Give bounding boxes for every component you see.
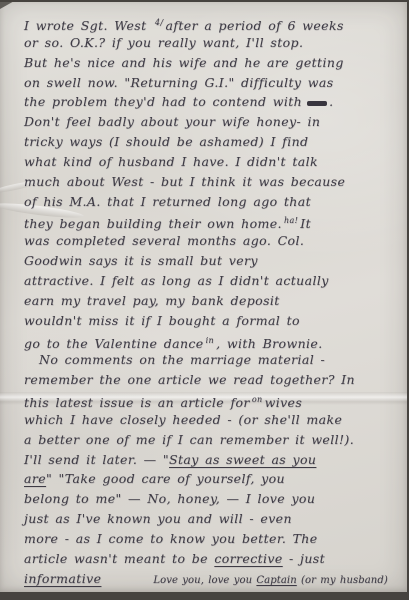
text-segment: remember the one article we read togethe… bbox=[24, 372, 355, 387]
letter-line: a better one of me if I can remember it … bbox=[24, 430, 403, 450]
text-segment: after a period of 6 weeks bbox=[165, 18, 343, 33]
ink-blot bbox=[307, 101, 327, 106]
letter-line: I wrote Sgt. West 4/after a period of 6 … bbox=[24, 13, 403, 33]
letter-line: informativeLove you, love you Captain (o… bbox=[24, 569, 403, 589]
text-segment: on bbox=[252, 395, 263, 404]
text-segment: wives bbox=[265, 395, 303, 410]
text-segment: Stay as sweet as you bbox=[169, 452, 316, 467]
letter-line: remember the one article we read togethe… bbox=[24, 370, 403, 390]
text-segment: , with Brownie. bbox=[216, 336, 323, 351]
text-segment: I'll send it later. — " bbox=[24, 452, 169, 467]
text-segment: in bbox=[206, 336, 215, 345]
text-segment: attractive. I felt as long as I didn't a… bbox=[24, 273, 329, 288]
letter-line: which I have closely heeded - (or she'll… bbox=[24, 410, 403, 430]
text-segment: they began building their own home. bbox=[24, 217, 282, 232]
letter-line: I'll send it later. — "Stay as sweet as … bbox=[24, 450, 403, 470]
letter-line: earn my travel pay, my bank deposit bbox=[24, 291, 403, 311]
text-segment: was completed several months ago. Col. bbox=[24, 233, 304, 248]
letter-line: But he's nice and his wife and he are ge… bbox=[24, 53, 403, 73]
text-segment: No comments on the marriage material - bbox=[39, 352, 325, 367]
letter-body: I wrote Sgt. West 4/after a period of 6 … bbox=[24, 13, 403, 588]
text-segment: article wasn't meant to be bbox=[24, 551, 214, 566]
text-segment: . bbox=[329, 94, 333, 109]
letter-line: tricky ways (I should be ashamed) I find bbox=[24, 132, 403, 152]
text-segment: or so. O.K.? if you really want, I'll st… bbox=[24, 35, 303, 50]
letter-line: more - as I come to know you better. The bbox=[24, 529, 403, 549]
text-segment: the problem they'd had to contend with bbox=[24, 94, 302, 109]
text-segment: corrective bbox=[214, 551, 282, 566]
letter-line: attractive. I felt as long as I didn't a… bbox=[24, 271, 403, 291]
paper-corner-shadow bbox=[0, 0, 16, 9]
text-segment: Don't feel badly about your wife honey- … bbox=[24, 114, 320, 129]
text-segment: on swell now. "Returning G.I." difficult… bbox=[24, 75, 334, 90]
text-segment: earn my travel pay, my bank deposit bbox=[24, 293, 280, 308]
text-segment: Captain bbox=[256, 575, 296, 586]
text-segment: what kind of husband I have. I didn't ta… bbox=[24, 154, 318, 169]
text-segment: tricky ways (I should be ashamed) I find bbox=[24, 134, 308, 149]
letter-line: wouldn't miss it if I bought a formal to bbox=[24, 311, 403, 331]
letter-line: Don't feel badly about your wife honey- … bbox=[24, 112, 403, 132]
letter-line: this latest issue is an article foronwiv… bbox=[24, 390, 403, 410]
letter-line: of his M.A. that I returned long ago tha… bbox=[24, 192, 403, 212]
letter-line: was completed several months ago. Col. bbox=[24, 231, 403, 251]
text-segment: wouldn't miss it if I bought a formal to bbox=[24, 313, 300, 328]
letter-line: on swell now. "Returning G.I." difficult… bbox=[24, 73, 403, 93]
text-segment: 4/ bbox=[155, 18, 164, 27]
letter-line: go to the Valentine dancein, with Browni… bbox=[24, 331, 403, 351]
text-segment: informative bbox=[24, 571, 101, 586]
letter-line: they began building their own home.ha!It bbox=[24, 211, 403, 231]
text-segment: this latest issue is an article for bbox=[24, 395, 250, 410]
text-segment: - just bbox=[283, 551, 325, 566]
letter-line: or so. O.K.? if you really want, I'll st… bbox=[24, 33, 403, 53]
text-segment: go to the Valentine dance bbox=[24, 336, 204, 351]
text-segment: a better one of me if I can remember it … bbox=[24, 432, 354, 447]
text-segment: more - as I come to know you better. The bbox=[24, 531, 318, 546]
text-segment: Goodwin says it is small but very bbox=[24, 253, 258, 268]
text-segment: which I have closely heeded - (or she'll… bbox=[24, 412, 342, 427]
text-segment: (or my husband) bbox=[297, 575, 388, 586]
text-segment: are bbox=[24, 471, 46, 486]
letter-line: belong to me" — No, honey, — I love you bbox=[24, 489, 403, 509]
letter-line: what kind of husband I have. I didn't ta… bbox=[24, 152, 403, 172]
letter-line: article wasn't meant to be corrective - … bbox=[24, 549, 403, 569]
text-segment: belong to me" — No, honey, — I love you bbox=[24, 491, 315, 506]
letter-line: the problem they'd had to contend with. bbox=[24, 92, 403, 112]
text-segment: I wrote Sgt. West bbox=[24, 18, 153, 33]
text-segment: much about West - but I think it was bec… bbox=[24, 174, 345, 189]
letter-line: much about West - but I think it was bec… bbox=[24, 172, 403, 192]
letter-line: No comments on the marriage material - bbox=[24, 350, 403, 370]
letter-line: just as I've known you and will - even bbox=[24, 509, 403, 529]
text-segment: But he's nice and his wife and he are ge… bbox=[24, 55, 344, 70]
text-segment: Love you, love you bbox=[153, 575, 256, 586]
text-segment: just as I've known you and will - even bbox=[24, 511, 292, 526]
text-segment: It bbox=[300, 217, 311, 232]
text-segment: of his M.A. that I returned long ago tha… bbox=[24, 194, 311, 209]
text-segment: " "Take good care of yourself, you bbox=[46, 471, 285, 486]
letter-line: Goodwin says it is small but very bbox=[24, 251, 403, 271]
letter-line: are" "Take good care of yourself, you bbox=[24, 469, 403, 489]
text-segment: ha! bbox=[284, 216, 298, 225]
